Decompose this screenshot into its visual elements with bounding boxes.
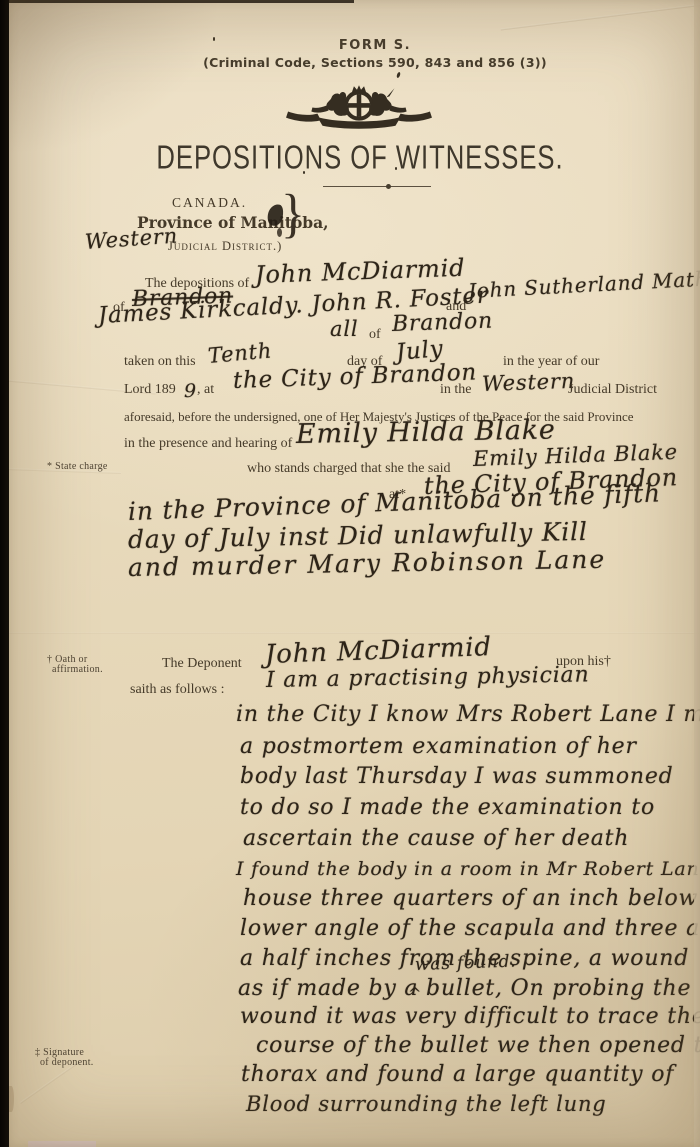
margin-note-signature: of deponent.	[40, 1057, 94, 1068]
at-label: , at	[197, 382, 214, 398]
of2-label: of	[369, 327, 381, 343]
insertion-caret: ^	[408, 984, 422, 1003]
ink-speck	[395, 167, 397, 170]
scan-edge-top	[9, 0, 354, 3]
page-edge-right	[694, 0, 700, 1147]
testimony-line: lower angle of the scapula and three and	[240, 916, 700, 941]
margin-note-oath: affirmation.	[52, 664, 103, 675]
saith-label: saith as follows :	[130, 682, 225, 698]
testimony-line: body last Thursday I was summoned	[240, 764, 674, 789]
form-number: FORM S.	[55, 38, 695, 53]
testimony-line: house three quarters of an inch below th…	[243, 886, 700, 911]
lord-label: Lord 189	[124, 382, 176, 398]
year-of-our-label: in the year of our	[503, 354, 599, 370]
year-digit-handwritten: 9	[184, 380, 197, 402]
testimony-line: as if made by a bullet, On probing the	[238, 976, 691, 1001]
ornament-dot	[386, 184, 391, 189]
margin-note-state-charge: * State charge	[47, 461, 108, 472]
scanned-document: FORM S. (Criminal Code, Sections 590, 84…	[0, 0, 700, 1147]
all-handwritten: all	[330, 317, 358, 341]
ink-blot-drip	[277, 228, 282, 237]
venue-country: CANADA.	[172, 195, 247, 211]
ornament-divider	[323, 186, 431, 187]
page-title: DEPOSITIONS OF WITNESSES.	[47, 139, 674, 177]
testimony-line: wound it was very difficult to trace the	[240, 1004, 700, 1029]
judicial-district-label: Judicial District.)	[168, 239, 282, 254]
testimony-line: in the City I know Mrs Robert Lane I mad…	[236, 702, 700, 727]
charged-label: who stands charged that she the said	[247, 461, 450, 477]
testimony-insertion: was found.	[415, 951, 517, 975]
testimony-line: to do so I made the examination to	[240, 795, 655, 820]
ink-speck	[303, 171, 305, 174]
venue-brace: }	[281, 186, 305, 240]
scan-edge-bottom-strip	[28, 1141, 96, 1147]
presence-label: in the presence and hearing of	[124, 436, 292, 452]
scan-edge-left	[0, 0, 9, 1147]
judicial-district2-label: Judicial District	[568, 382, 657, 398]
ink-speck	[213, 37, 215, 41]
torn-edge-notch	[9, 1086, 14, 1112]
testimony-line: ascertain the cause of her death	[243, 826, 629, 851]
royal-coat-of-arms-icon	[283, 85, 435, 137]
testimony-line: thorax and found a large quantity of	[241, 1062, 674, 1087]
district2-handwritten: Western	[482, 369, 576, 396]
deponents-residence-handwritten: Brandon	[392, 308, 494, 337]
testimony-line: Blood surrounding the left lung	[246, 1092, 607, 1116]
taken-label: taken on this	[124, 354, 196, 370]
form-reference: (Criminal Code, Sections 590, 843 and 85…	[55, 55, 695, 70]
testimony-line: I found the body in a room in Mr Robert …	[236, 858, 700, 880]
testimony-line: course of the bullet we then opened the	[256, 1033, 700, 1058]
deponent-label: The Deponent	[162, 656, 242, 672]
in-the-label: in the	[440, 382, 472, 398]
testimony-line: a postmortem examination of her	[240, 734, 637, 759]
